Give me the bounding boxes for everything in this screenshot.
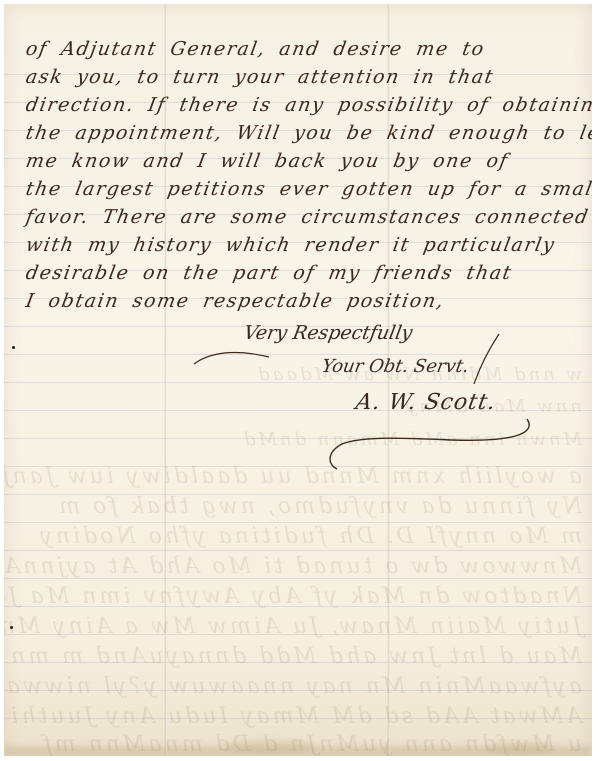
closing-servant: Your Obt. Servt. (320, 356, 470, 377)
bleed-through-line: Ny finnu da vnyfudmo, nwg tbak fo m (14, 494, 582, 519)
ruled-line (4, 522, 592, 523)
signature-flourish (322, 414, 542, 474)
letter-line: the appointment, Will you be kind enough… (24, 122, 592, 144)
bleed-through-line: Mau d lnt Jnw ahd Mdd dnnayuAnd m mn (14, 644, 582, 669)
bleed-through-line: Mnwwow dw o tunad ti Mo Ahd At ayjnnAmn (14, 554, 582, 579)
ink-speck (12, 346, 15, 349)
signature: A. W. Scott. (354, 390, 498, 415)
bleed-through-line: AMwat AAd sd dM Mmay Iudu Any Juuthi (14, 704, 582, 729)
bleed-through-line: Jutiy Maiin Mnaw, Ju Aimw Mw a Ainy Mnd. (14, 614, 582, 639)
salutation-flourish (189, 339, 279, 369)
ruled-line (4, 550, 592, 551)
bleed-through-line: u Mwfdn ann yuMnJn d Dd mnaMnn mf (14, 732, 582, 756)
bleed-through-line: ayfwaaMnin Mn nay nnaawuw y?yl niwwa da (14, 674, 582, 699)
salutation-flourish (469, 329, 509, 389)
letter-line: with my history which render it particul… (24, 234, 557, 256)
bleed-through-line: Nnadtow dn Mak yf Aby Awyfnv imn Ma Jant… (14, 584, 582, 609)
letter-line: me know and I will back you by one of (24, 150, 510, 172)
letter-line: ask you, to turn your attention in that (24, 66, 496, 88)
letter-line: direction. If there is any possibility o… (24, 94, 592, 116)
bleed-through-line: m Mo nnyfI D. Dh fuditina yfho Nodiny (14, 524, 582, 549)
letter-line: desirable on the part of my friends that (24, 262, 514, 284)
letter-line: favor. There are some circumstances conn… (24, 206, 591, 228)
letter-page: a woyliih xnm Mnnd uu daaldiwy iuw Janji… (4, 4, 592, 756)
letter-line: the largest petitions ever gotten up for… (24, 178, 592, 200)
letter-line: I obtain some respectable position, (24, 290, 446, 312)
letter-line: of Adjutant General, and desire me to (24, 38, 487, 60)
